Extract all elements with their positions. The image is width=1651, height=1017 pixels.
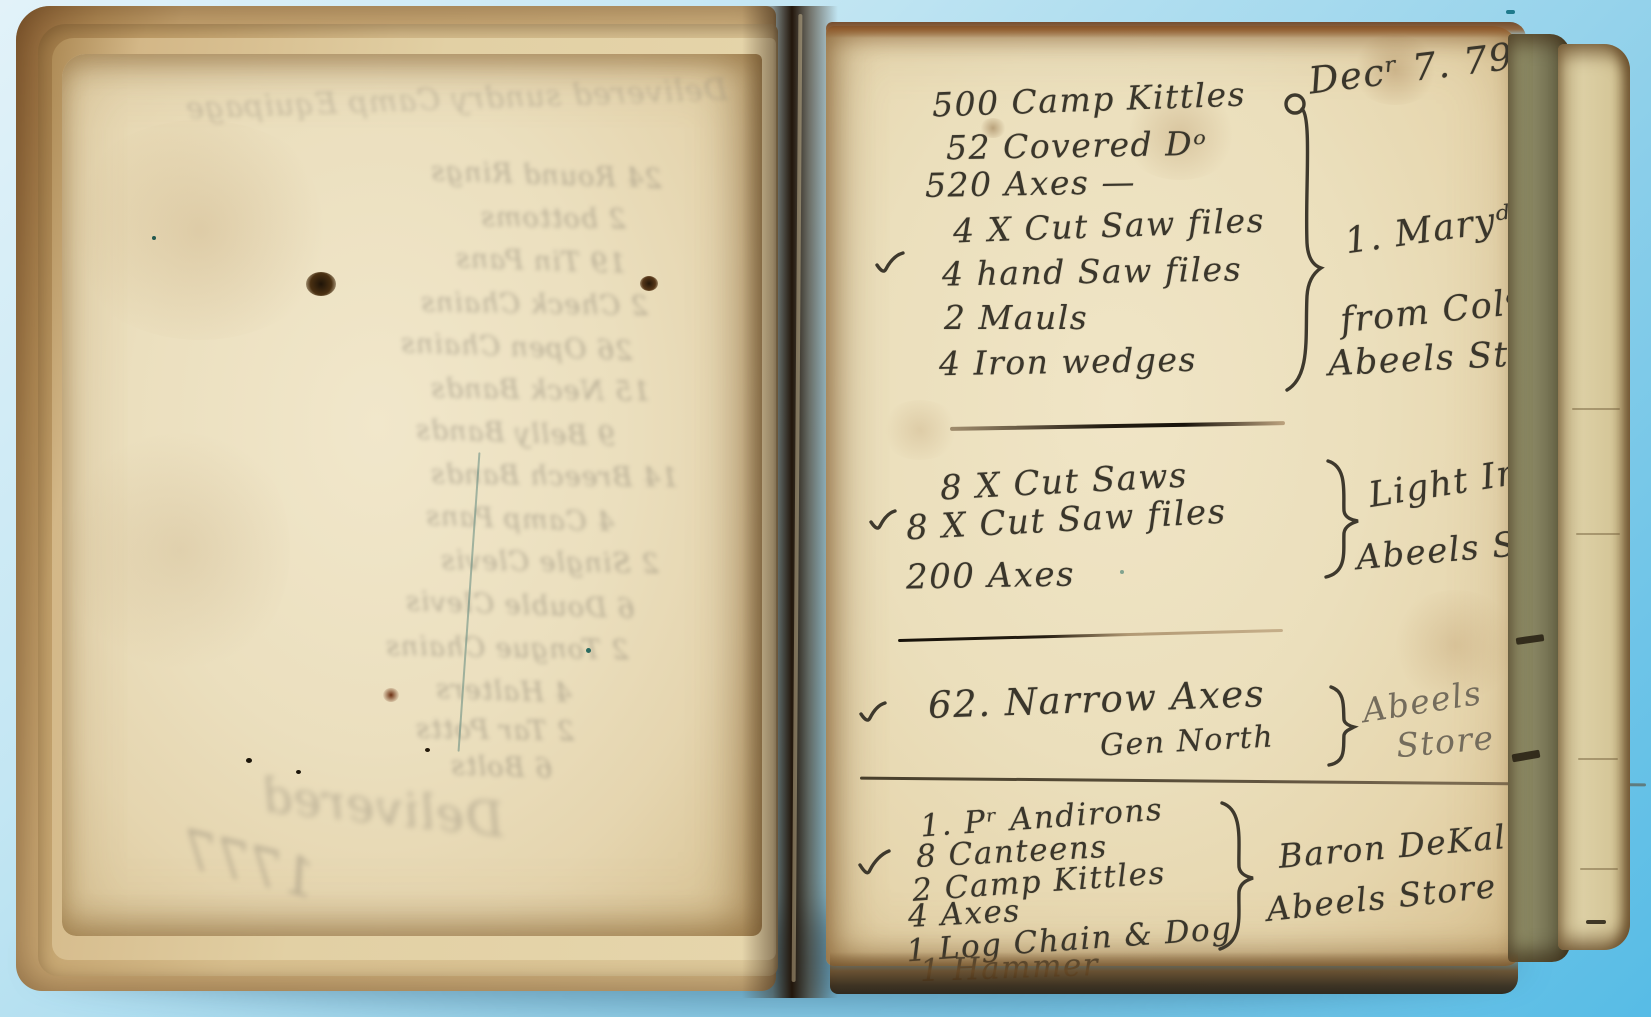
check-mark [868,508,898,534]
ghost-line: 2 bottoms [480,202,626,236]
speck [246,758,252,763]
ghost-line: 2 Tar Potts [415,714,575,748]
brace-mark [1322,684,1358,768]
entry-line: 52 Covered Dᵒ [946,124,1208,168]
check-mark [858,700,888,726]
edge-ruling [1576,533,1620,535]
ghost-line: 15 Neck Bands [430,373,651,408]
rust-spot [383,688,399,702]
page-top-edge [826,22,1526,38]
entry-line: 4 Iron wedges [939,340,1198,383]
edge-ruling [1578,758,1618,760]
ink-blot [640,276,658,291]
brace-mark [1318,458,1362,580]
check-mark [856,848,892,880]
page-edge-fore-cream [1558,44,1630,950]
stain [70,420,290,680]
page-bottom-edge [830,952,1518,994]
edge-tick [1586,920,1606,924]
brace-mark [1278,93,1326,393]
stain [60,120,340,340]
ghost-line: 2 Check Chains [420,287,648,322]
entry-line: 200 Axes [906,555,1076,598]
edge-ruling [1572,408,1620,410]
ghost-line: 2 Tongue Chains [385,631,629,666]
check-mark [874,250,906,278]
ghost-line: 4 Camp Pans [425,501,615,539]
ghost-line: 6 Bolts [449,750,552,785]
speck [1506,10,1515,14]
speck [296,770,301,774]
edge-ruling [1580,868,1618,870]
speck [586,648,591,653]
stain [880,400,960,460]
entry-line: 2 Mauls [944,298,1088,337]
gutter-shadow [742,6,838,998]
entry-line: 4 hand Saw files [942,249,1243,293]
speck [1120,570,1124,574]
entry-line: 520 Axes — [925,162,1137,205]
ghost-line: 14 Breech Bands [430,459,679,494]
brace-mark [1212,800,1260,952]
speck [425,748,430,752]
open-ledger-photograph: Delivered sundry Camp Equipage 24 Round … [0,0,1651,1017]
speck [152,236,156,240]
ghost-line: 19 Tin Pans [455,243,627,280]
ghost-line: 4 Halters [435,674,573,710]
